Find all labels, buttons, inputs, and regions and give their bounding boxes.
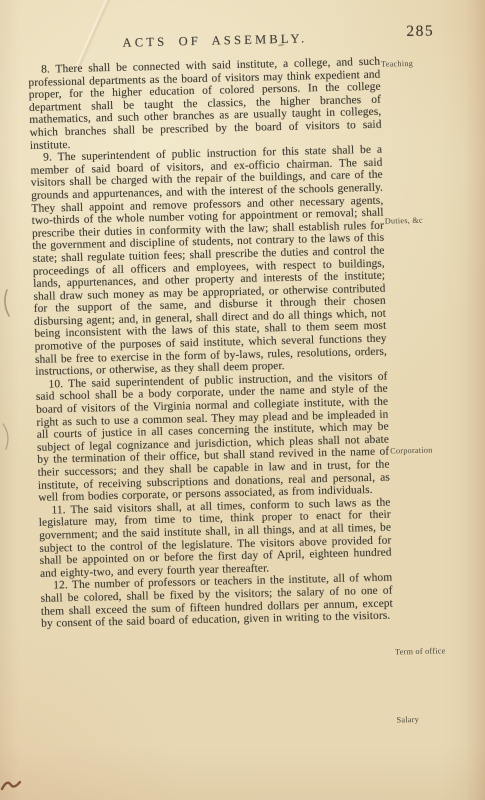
paragraph-section-12: 12. The number of professors or teachers… [40, 572, 393, 631]
margin-note-corporation: Corporation [390, 444, 484, 456]
paragraph-section-10: 10. The said superintendent of public in… [35, 370, 390, 504]
scanned-book-page: ACTS OF ASSEMBLY. 285 8. There shall be … [0, 0, 485, 800]
margin-note-teaching: Teaching [381, 57, 475, 69]
body-text-column: 8. There shall be connected with said in… [28, 56, 393, 631]
margin-note-duties: Duties, &c [385, 214, 479, 226]
margin-note-salary: Salary [396, 713, 485, 725]
paragraph-section-11: 11. The said visitors shall, at all time… [38, 496, 392, 580]
scan-content: ACTS OF ASSEMBLY. 285 8. There shall be … [0, 0, 485, 800]
paragraph-section-8: 8. There shall be connected with said in… [28, 56, 382, 152]
running-header: ACTS OF ASSEMBLY. [122, 31, 307, 50]
page-number: 285 [406, 22, 434, 41]
paragraph-section-9: 9. The superintendent of public instruct… [30, 144, 387, 379]
margin-note-term-of-office: Term of office [395, 645, 485, 657]
